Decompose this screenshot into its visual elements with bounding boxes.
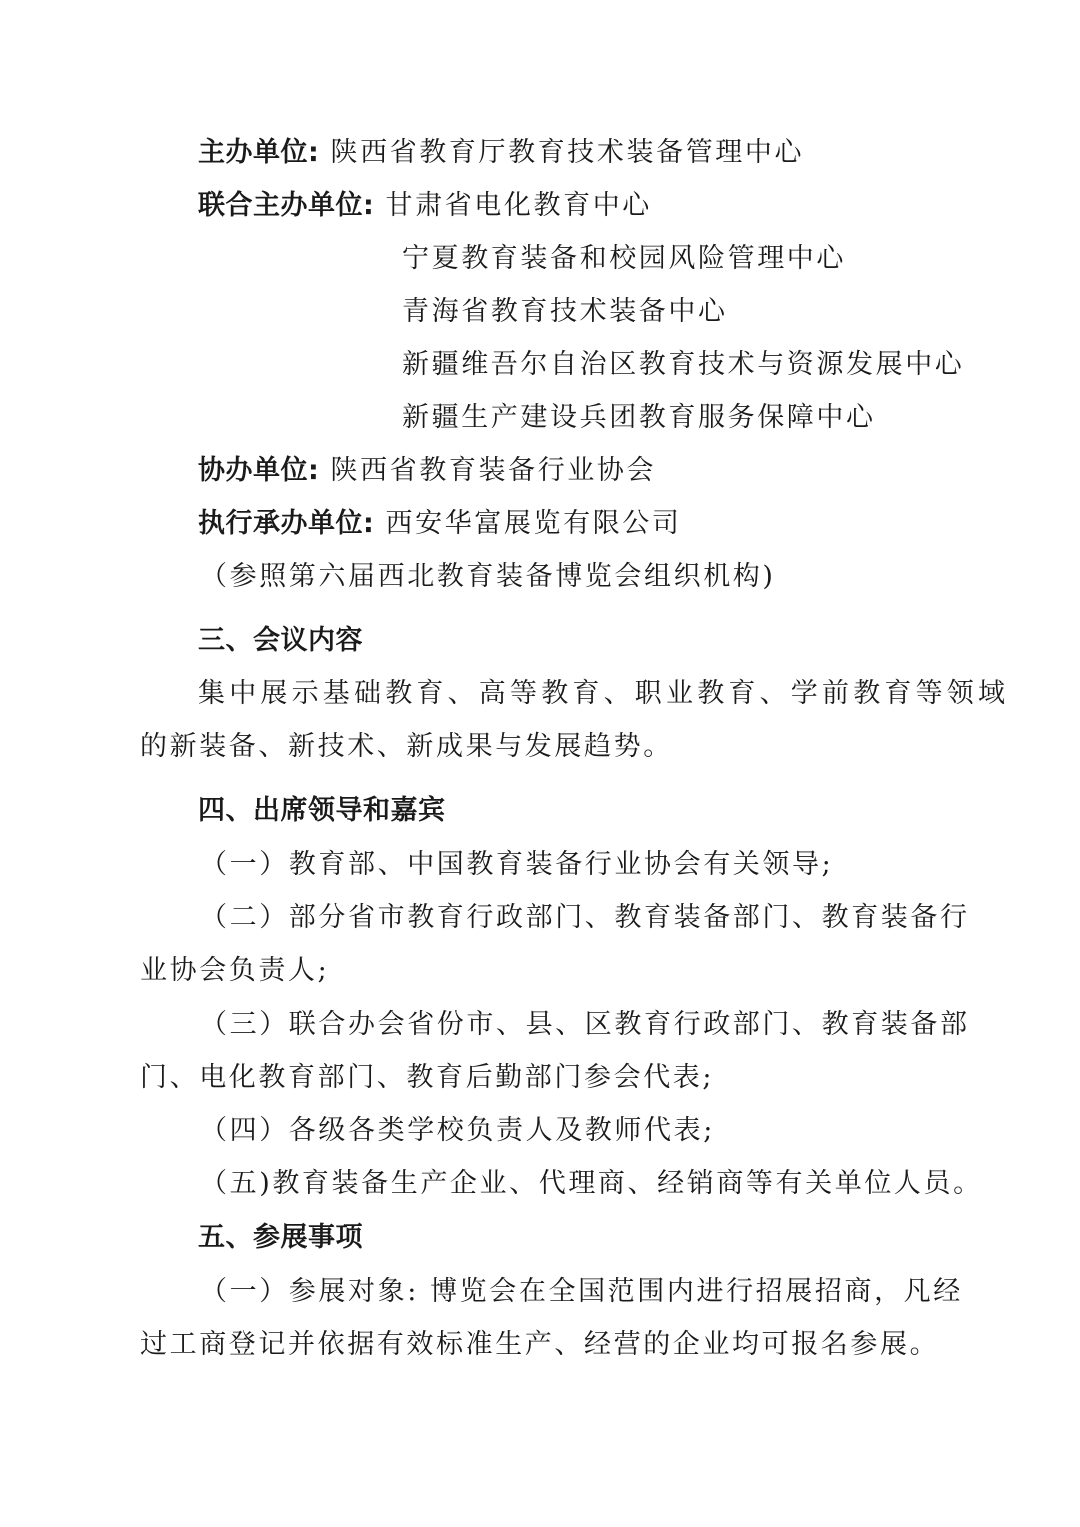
co-host-value: 新疆生产建设兵团教育服务保障中心 — [402, 401, 876, 435]
list-item: （二）部分省市教育行政部门、教育装备部门、教育装备行 — [200, 901, 970, 935]
co-host-value: 青海省教育技术装备中心 — [402, 295, 728, 329]
executing-organizer-label: 执行承办单位: — [198, 508, 374, 539]
assisting-organizer-value: 陕西省教育装备行业协会 — [331, 455, 657, 486]
paragraph-line: 的新装备、新技术、新成果与发展趋势。 — [140, 730, 673, 764]
assisting-organizer-row: 协办单位: 陕西省教育装备行业协会 — [198, 454, 656, 488]
co-host-value: 新疆维吾尔自治区教育技术与资源发展中心 — [402, 348, 964, 382]
section-heading: 四、出席领导和嘉宾 — [198, 794, 446, 828]
list-item: （四）各级各类学校负责人及教师代表; — [200, 1114, 715, 1148]
list-item-continuation: 门、电化教育部门、教育后勤部门参会代表; — [140, 1061, 714, 1095]
list-item: （五)教育装备生产企业、代理商、经销商等有关单位人员。 — [200, 1167, 983, 1201]
executing-organizer-row: 执行承办单位: 西安华富展览有限公司 — [198, 507, 682, 541]
paragraph-line: 集中展示基础教育、高等教育、职业教育、学前教育等领域 — [198, 677, 998, 711]
host-organizer-label: 主办单位: — [198, 137, 319, 168]
organizer-note: （参照第六届西北教育装备博览会组织机构) — [200, 560, 776, 594]
list-item: （一）教育部、中国教育装备行业协会有关领导; — [200, 848, 833, 882]
executing-organizer-value: 西安华富展览有限公司 — [386, 508, 682, 539]
section-heading: 三、会议内容 — [198, 624, 363, 658]
co-host-value: 甘肃省电化教育中心 — [386, 190, 652, 221]
list-item-continuation: 过工商登记并依据有效标准生产、经营的企业均可报名参展。 — [140, 1328, 939, 1362]
list-item-continuation: 业协会负责人; — [140, 954, 329, 988]
co-host-label: 联合主办单位: — [198, 190, 374, 221]
assisting-organizer-label: 协办单位: — [198, 455, 319, 486]
document-page: 主办单位: 陕西省教育厅教育技术装备管理中心 联合主办单位: 甘肃省电化教育中心… — [0, 0, 1080, 1527]
list-item: （三）联合办会省份市、县、区教育行政部门、教育装备部 — [200, 1008, 970, 1042]
list-item: （一）参展对象: 博览会在全国范围内进行招展招商，凡经 — [200, 1275, 963, 1309]
co-host-row: 联合主办单位: 甘肃省电化教育中心 — [198, 189, 652, 223]
host-organizer-row: 主办单位: 陕西省教育厅教育技术装备管理中心 — [198, 136, 804, 170]
section-heading: 五、参展事项 — [198, 1221, 363, 1255]
host-organizer-value: 陕西省教育厅教育技术装备管理中心 — [331, 137, 805, 168]
co-host-value: 宁夏教育装备和校园风险管理中心 — [402, 242, 846, 276]
